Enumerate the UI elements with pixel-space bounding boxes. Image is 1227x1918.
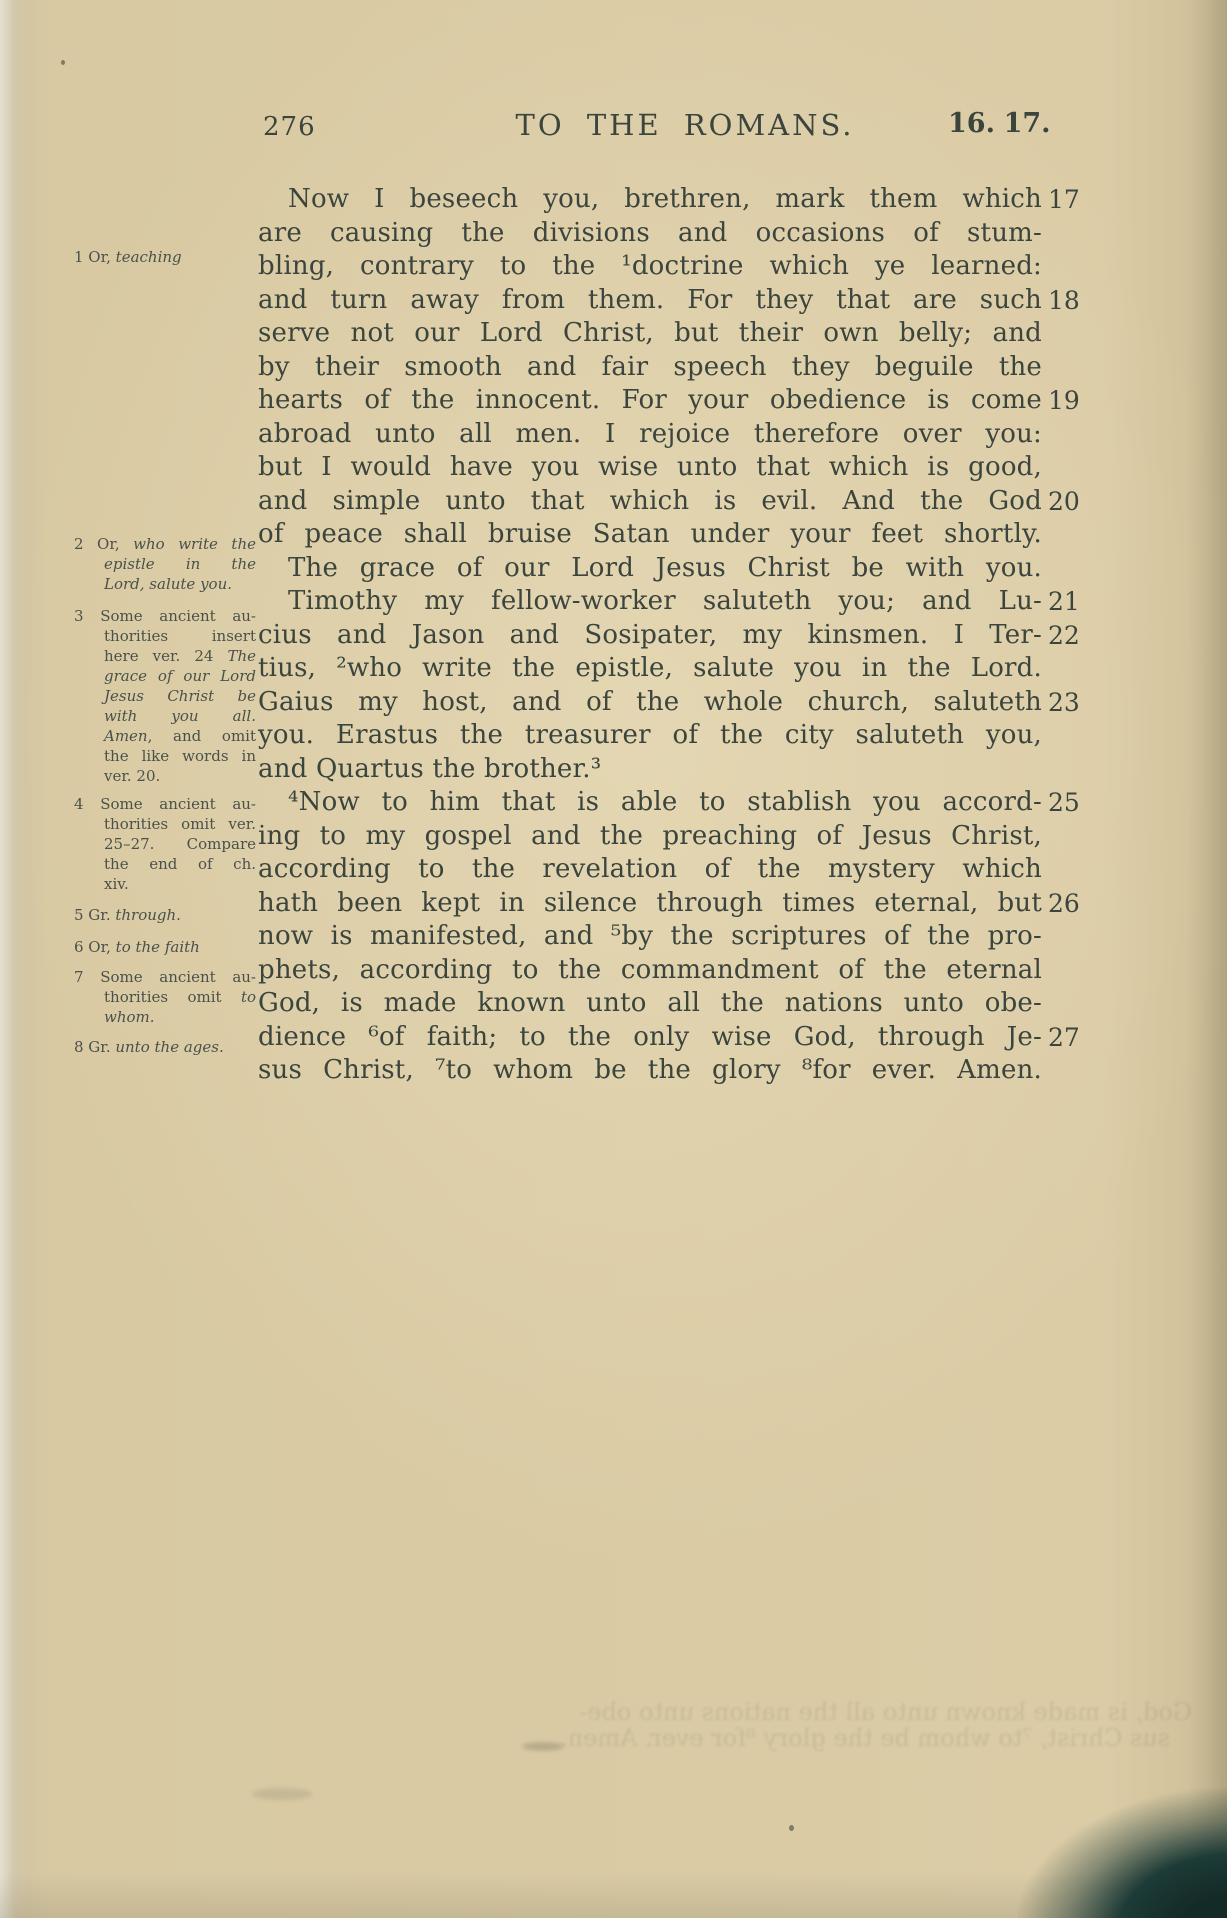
note-line: the like words in <box>74 746 256 766</box>
note-line: 6 Or, to the faith <box>74 937 256 957</box>
margin-note: 6 Or, to the faith <box>74 937 256 957</box>
verse-number: 19 <box>1048 384 1108 418</box>
page-left-edge <box>0 0 26 1918</box>
text-line: abroad unto all men. I rejoice therefore… <box>258 418 1042 452</box>
text-line: ing to my gospel and the preaching of Je… <box>258 820 1042 854</box>
paper-smudge <box>252 1788 312 1800</box>
text-line: tius, ²who write the epistle, salute you… <box>258 652 1042 686</box>
text-line: of peace shall bruise Satan under your f… <box>258 518 1042 552</box>
text-line: but I would have you wise unto that whic… <box>258 451 1042 485</box>
margin-note: 8 Gr. unto the ages. <box>74 1037 256 1057</box>
ink-speck <box>789 1825 794 1831</box>
chapter-number: 16. <box>948 108 995 139</box>
verse-number: 25 <box>1048 786 1108 820</box>
note-line: 5 Gr. through. <box>74 905 256 925</box>
text-line: Timothy my fellow-worker saluteth you; a… <box>258 585 1042 619</box>
verse-number: 21 <box>1048 585 1108 619</box>
paper-smudge <box>522 1742 564 1751</box>
text-line: God, is made known unto all the nations … <box>258 987 1042 1021</box>
text-line: ⁴Now to him that is able to stablish you… <box>258 786 1042 820</box>
page-header: 276 TO THE ROMANS. 16. 17. <box>0 104 1227 148</box>
chapter-verse-reference: 16. 17. <box>948 108 1051 139</box>
note-line: grace of our Lord <box>74 666 256 686</box>
ink-speck <box>61 60 65 65</box>
text-line: hearts of the innocent. For your obedien… <box>258 384 1042 418</box>
show-through-text: God, is made known unto all the nations … <box>430 1698 1192 1726</box>
text-line: are causing the divisions and occasions … <box>258 217 1042 251</box>
text-line: sus Christ, ⁷to whom be the glory ⁸for e… <box>258 1054 1042 1088</box>
note-line: whom. <box>74 1007 256 1027</box>
page-right-edge-shadow <box>1187 0 1227 1918</box>
text-line: serve not our Lord Christ, but their own… <box>258 317 1042 351</box>
page-number: 276 <box>263 112 316 142</box>
text-line: cius and Jason and Sosipater, my kinsmen… <box>258 619 1042 653</box>
note-line: the end of ch. <box>74 854 256 874</box>
text-line: The grace of our Lord Jesus Christ be wi… <box>258 552 1042 586</box>
text-line: bling, contrary to the ¹doctrine which y… <box>258 250 1042 284</box>
note-line: thorities insert <box>74 626 256 646</box>
verse-number: 20 <box>1048 485 1108 519</box>
note-line: here ver. 24 The <box>74 646 256 666</box>
page-corner-shadow <box>1017 1788 1227 1918</box>
note-line: thorities omit to <box>74 987 256 1007</box>
note-line: ver. 20. <box>74 766 256 786</box>
note-line: with you all. <box>74 706 256 726</box>
margin-note: 2 Or, who write theepistle in theLord, s… <box>74 534 256 594</box>
verse-number: 23 <box>1048 686 1108 720</box>
note-line: Amen, and omit <box>74 726 256 746</box>
text-line: Now I beseech you, brethren, mark them w… <box>258 183 1042 217</box>
text-line: hath been kept in silence through times … <box>258 887 1042 921</box>
text-line: according to the revelation of the myste… <box>258 853 1042 887</box>
book-page-scan: 276 TO THE ROMANS. 16. 17. 1 Or, teachin… <box>0 0 1227 1918</box>
text-line: and simple unto that which is evil. And … <box>258 485 1042 519</box>
margin-note: 3 Some ancient au-thorities inserthere v… <box>74 606 256 786</box>
note-line: 1 Or, teaching <box>74 247 256 267</box>
margin-note: 1 Or, teaching <box>74 247 256 267</box>
margin-note: 5 Gr. through. <box>74 905 256 925</box>
margin-note: 7 Some ancient au-thorities omit towhom. <box>74 967 256 1027</box>
show-through-text: sus Christ, ⁷to whom be the glory ⁸for e… <box>470 1724 1170 1752</box>
note-line: Lord, salute you. <box>74 574 256 594</box>
text-line: dience ⁶of faith; to the only wise God, … <box>258 1021 1042 1055</box>
text-line: by their smooth and fair speech they beg… <box>258 351 1042 385</box>
verse-number: 18 <box>1048 284 1108 318</box>
verse-number: 26 <box>1048 887 1108 921</box>
margin-note: 4 Some ancient au-thorities omit ver.25–… <box>74 794 256 894</box>
note-line: 8 Gr. unto the ages. <box>74 1037 256 1057</box>
verse-number: 27 <box>1048 1021 1108 1055</box>
note-line: epistle in the <box>74 554 256 574</box>
scripture-text-column: Now I beseech you, brethren, mark them w… <box>258 183 1042 1088</box>
verse-number-ref: 17. <box>1004 108 1051 139</box>
text-line: Gaius my host, and of the whole church, … <box>258 686 1042 720</box>
text-line: phets, according to the commandment of t… <box>258 954 1042 988</box>
verse-number: 22 <box>1048 619 1108 653</box>
running-title: TO THE ROMANS. <box>470 108 900 142</box>
note-line: Jesus Christ be <box>74 686 256 706</box>
note-line: 3 Some ancient au- <box>74 606 256 626</box>
note-line: 4 Some ancient au- <box>74 794 256 814</box>
verse-number: 17 <box>1048 183 1108 217</box>
note-line: 7 Some ancient au- <box>74 967 256 987</box>
text-line: and turn away from them. For they that a… <box>258 284 1042 318</box>
note-line: xiv. <box>74 874 256 894</box>
text-line: and Quartus the brother.³ <box>258 753 1042 787</box>
note-line: 25–27. Compare <box>74 834 256 854</box>
text-line: now is manifested, and ⁵by the scripture… <box>258 920 1042 954</box>
note-line: thorities omit ver. <box>74 814 256 834</box>
note-line: 2 Or, who write the <box>74 534 256 554</box>
text-line: you. Erastus the treasurer of the city s… <box>258 719 1042 753</box>
